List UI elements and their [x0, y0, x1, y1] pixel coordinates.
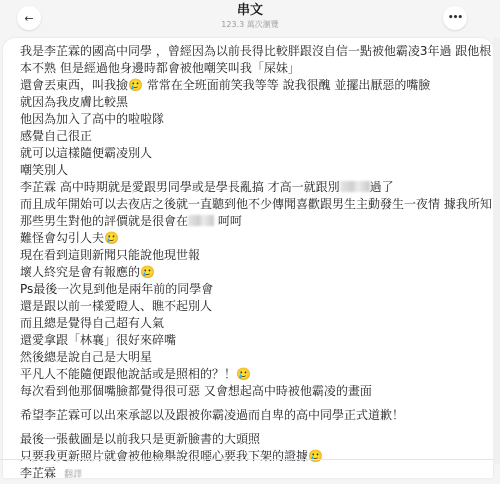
- paragraph-gap: [20, 400, 480, 407]
- censored-blur: [188, 215, 214, 226]
- post-line: 嘲笑別人: [20, 162, 480, 179]
- paragraph-gap: [20, 424, 480, 431]
- view-count: 123.3 萬次瀏覽: [0, 19, 500, 30]
- post-line: 就因為我皮膚比較黑: [20, 94, 480, 111]
- post-line: 而且成年開始可以去夜店之後就一直聽到他不少傳聞喜歡跟男生主動發生一夜情 據我所知: [20, 196, 480, 213]
- post-line: 壞人終究是會有報應的🥲: [20, 264, 480, 281]
- post-text: 呵呵: [218, 214, 242, 228]
- post-text: 過了: [370, 180, 394, 194]
- post-line: 難怪會勾引人夫🥲: [20, 230, 480, 247]
- divider: [0, 459, 493, 460]
- post-line: 而且總是覺得自己超有人氣: [20, 315, 480, 332]
- page-title: 串文: [0, 3, 500, 19]
- post-line: 每次看到他那個嘴臉都覺得很可惡 又會想起高中時被他霸凌的畫面: [20, 383, 480, 400]
- post-line: 最後一張截圖是以前我只是更新臉書的大頭照: [20, 431, 480, 448]
- post-line: 那些男生對他的評價就是很會在 呵呵: [20, 213, 480, 230]
- post-line: 李芷霖 高中時期就是愛跟男同學或是學長亂搞 才高一就跟別過了: [20, 179, 480, 196]
- post-line: Ps最後一次見到他是兩年前的同學會: [20, 281, 480, 298]
- post-line: 希望李芷霖可以出來承認以及跟被你霸凌過而自卑的高中同學正式道歉！: [20, 407, 480, 424]
- post-line: 現在看到這則新聞只能說他現世報: [20, 247, 480, 264]
- post-line: 我是李芷霖的國高中同學 ，曾經因為以前長得比較胖跟沒自信一點被他霸凌3年過 跟他…: [20, 43, 480, 60]
- post-card: 我是李芷霖的國高中同學 ，曾經因為以前長得比較胖跟沒自信一點被他霸凌3年過 跟他…: [3, 38, 493, 464]
- post-line: 本不熟 但是經過他身邊時都會被他嘲笑叫我「屎妹」: [20, 60, 480, 77]
- censored-blur: [340, 181, 370, 192]
- post-line: 只要我更新照片就會被他檢舉說很噁心要我下架的證據🥲: [20, 448, 480, 464]
- post-line: 就可以這樣隨便霸凌別人: [20, 145, 480, 162]
- scrollbar[interactable]: [493, 38, 500, 464]
- post-line: 感覺自己很正: [20, 128, 480, 145]
- post-line: 他因為加入了高中的啦啦隊: [20, 111, 480, 128]
- top-bar: ← 串文 123.3 萬次瀏覽 •••: [0, 0, 500, 38]
- post-line: 還愛拿跟「林襄」很好來碎嘴: [20, 332, 480, 349]
- post-line: 然後總是說自己是大明星: [20, 349, 480, 366]
- more-icon: •••: [448, 13, 462, 23]
- more-options-button[interactable]: •••: [443, 6, 467, 30]
- post-text: 那些男生對他的評價就是很會在: [20, 214, 188, 228]
- post-text: 李芷霖 高中時期就是愛跟男同學或是學長亂搞 才高一就跟別: [20, 180, 340, 194]
- post-line: 還是跟以前一樣愛瞪人、瞧不起別人: [20, 298, 480, 315]
- title-block: 串文 123.3 萬次瀏覽: [0, 3, 500, 30]
- post-line: 還會丟東西，叫我撿🥲 常常在全班面前笑我等等 說我很醜 並擺出厭惡的嘴臉: [20, 77, 480, 94]
- post-line: 平凡人不能隨便跟他說話或是照相的？！🥲: [20, 366, 480, 383]
- post-body: 我是李芷霖的國高中同學 ，曾經因為以前長得比較胖跟沒自信一點被他霸凌3年過 跟他…: [20, 43, 480, 464]
